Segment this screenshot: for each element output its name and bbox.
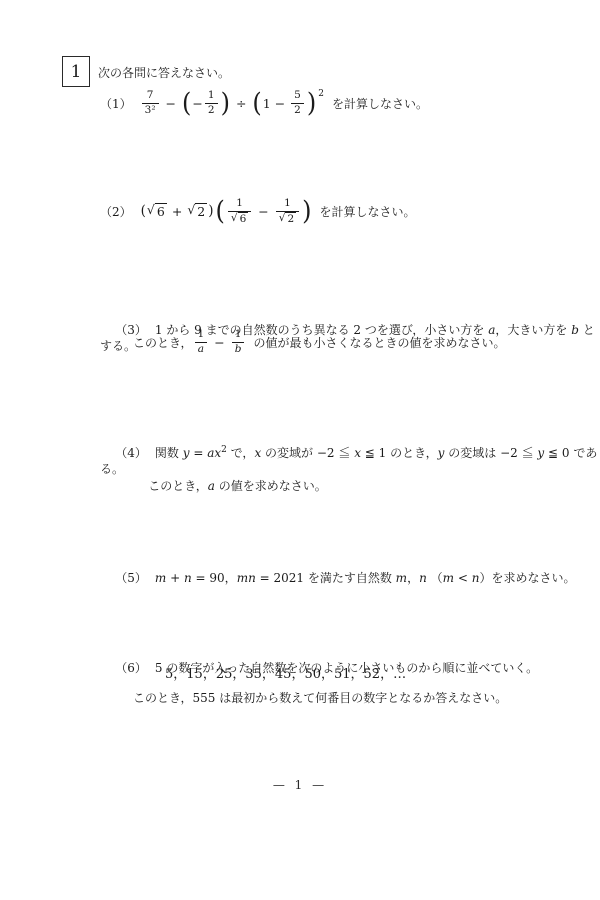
square-root: √2 bbox=[279, 212, 296, 226]
left-paren: ( bbox=[216, 198, 225, 224]
fraction: 1 2 bbox=[205, 89, 218, 117]
inequality-left: −2 ≦ bbox=[500, 446, 537, 460]
question-2-number: （2） bbox=[100, 203, 132, 220]
radical-sign: √ bbox=[187, 203, 195, 217]
minus-operator: − bbox=[258, 204, 268, 219]
expression-mn: mn bbox=[237, 571, 256, 585]
equation-value: = 90， bbox=[192, 571, 237, 585]
equation-value: = 2021 bbox=[256, 571, 308, 585]
question-4-text: の値を求めなさい。 bbox=[215, 479, 327, 493]
square-root: √2 bbox=[187, 203, 207, 220]
comma: ， bbox=[407, 571, 419, 585]
question-1: （1） 7 3² − ( − 1 2 ) ÷ ( 1 − 5 2 ) 2 を計算… bbox=[100, 89, 428, 117]
question-4-text: このとき， bbox=[148, 479, 208, 493]
left-paren: ( bbox=[141, 203, 146, 219]
fraction: 1 a bbox=[195, 328, 208, 356]
inequality-left: −2 ≦ bbox=[317, 446, 354, 460]
fraction: 1 √6 bbox=[228, 197, 251, 226]
plus-operator: + bbox=[166, 571, 184, 585]
section-number-box: 1 bbox=[62, 56, 90, 87]
fraction-denominator: a bbox=[195, 342, 207, 357]
question-3-line-2: このとき， 1 a − 1 b の値が最も小さくなるときの値を求めなさい。 bbox=[133, 328, 505, 356]
square-root: √6 bbox=[147, 203, 167, 220]
variable-n: n bbox=[419, 571, 427, 585]
left-paren: ( bbox=[252, 90, 261, 116]
radicand: 6 bbox=[238, 212, 249, 226]
fraction-numerator: 1 bbox=[281, 197, 294, 211]
exam-page: 1 次の各問に答えなさい。 （1） 7 3² − ( − 1 2 ) ÷ ( 1… bbox=[0, 0, 600, 900]
page-number: — 1 — bbox=[0, 778, 600, 792]
question-5-text: ）を求めなさい。 bbox=[479, 571, 575, 585]
minus-operator: − bbox=[214, 335, 224, 350]
question-4-number: （4） bbox=[115, 446, 147, 460]
variable-m: m bbox=[155, 571, 166, 585]
question-3-text: ，大きい方を bbox=[495, 323, 571, 337]
square-root: √6 bbox=[231, 212, 248, 226]
right-paren: ) bbox=[221, 90, 230, 116]
fraction: 5 2 bbox=[291, 89, 304, 117]
question-4-text: で， bbox=[227, 446, 255, 460]
variable-m: m bbox=[443, 571, 454, 585]
question-5-text: （ bbox=[427, 571, 443, 585]
fraction-denominator: 3² bbox=[142, 103, 159, 118]
section-instruction: 次の各問に答えなさい。 bbox=[98, 64, 230, 81]
question-4-text: 関数 bbox=[155, 446, 183, 460]
question-2-tail-text: を計算しなさい。 bbox=[320, 203, 416, 220]
question-4-text: の変域が bbox=[261, 446, 317, 460]
question-3-tail-text: の値が最も小さくなるときの値を求めなさい。 bbox=[253, 334, 505, 351]
fraction-denominator: 2 bbox=[291, 103, 304, 118]
variable-y: y bbox=[183, 446, 190, 460]
radicand: 6 bbox=[155, 203, 167, 220]
question-4-line-2: このとき，a の値を求めなさい。 bbox=[133, 462, 327, 511]
radicand: 2 bbox=[285, 212, 296, 226]
question-6-sequence: 5，15，25，35，45，50，51，52，… bbox=[165, 666, 406, 684]
fraction-numerator: 1 bbox=[232, 328, 245, 342]
right-paren: ) bbox=[302, 198, 311, 224]
left-paren: ( bbox=[182, 90, 191, 116]
variable-b: b bbox=[571, 323, 579, 337]
radical-sign: √ bbox=[279, 212, 286, 224]
radical-sign: √ bbox=[147, 203, 155, 217]
fraction: 1 √2 bbox=[276, 197, 299, 226]
question-5: （5）m + n = 90，mn = 2021 を満たす自然数 m，n （m <… bbox=[100, 554, 575, 603]
less-than-operator: < bbox=[454, 571, 472, 585]
question-2: （2） ( √6 + √2 ) ( 1 √6 − 1 √2 ) を計算しなさい。 bbox=[100, 197, 416, 226]
right-paren: ) bbox=[307, 90, 316, 116]
question-6-line-3: このとき，555 は最初から数えて何番目の数字となるか答えなさい。 bbox=[133, 690, 507, 706]
variable-a: a bbox=[208, 479, 215, 493]
fraction-numerator: 5 bbox=[291, 89, 304, 103]
fraction-denominator: 2 bbox=[205, 103, 218, 118]
question-5-text: を満たす自然数 bbox=[308, 571, 396, 585]
variable-m: m bbox=[396, 571, 407, 585]
fraction-denominator: √2 bbox=[276, 211, 299, 226]
question-4-text: のとき， bbox=[386, 446, 437, 460]
radical-sign: √ bbox=[231, 212, 238, 224]
equals-sign: = bbox=[190, 446, 208, 460]
variable-n: n bbox=[184, 571, 192, 585]
fraction: 7 3² bbox=[142, 89, 159, 117]
exponent: 2 bbox=[318, 90, 324, 99]
inequality-right: ≦ 1 bbox=[361, 446, 386, 460]
right-paren: ) bbox=[208, 203, 213, 219]
inequality-right: ≦ 0 bbox=[544, 446, 569, 460]
negative-sign: − bbox=[192, 96, 202, 111]
radicand: 2 bbox=[195, 203, 207, 220]
fraction-denominator: √6 bbox=[228, 211, 251, 226]
question-6-number: （6） bbox=[115, 661, 147, 675]
fraction-numerator: 7 bbox=[144, 89, 157, 103]
question-1-number: （1） bbox=[100, 95, 132, 112]
fraction-numerator: 1 bbox=[233, 197, 246, 211]
plus-operator: + bbox=[172, 204, 182, 219]
math-text: 1 − bbox=[263, 96, 289, 111]
fraction-numerator: 1 bbox=[195, 328, 208, 342]
section-number: 1 bbox=[71, 62, 82, 82]
question-5-number: （5） bbox=[115, 571, 147, 585]
question-1-tail-text: を計算しなさい。 bbox=[332, 95, 428, 112]
question-3-text: このとき， bbox=[133, 334, 193, 351]
expression-ax: ax bbox=[207, 446, 221, 460]
question-4-text: の変域は bbox=[444, 446, 500, 460]
fraction: 1 b bbox=[232, 328, 245, 356]
fraction-denominator: b bbox=[232, 342, 245, 357]
minus-operator: − bbox=[166, 96, 176, 111]
variable-x: x bbox=[354, 446, 361, 460]
division-operator: ÷ bbox=[236, 96, 246, 111]
fraction-numerator: 1 bbox=[205, 89, 218, 103]
